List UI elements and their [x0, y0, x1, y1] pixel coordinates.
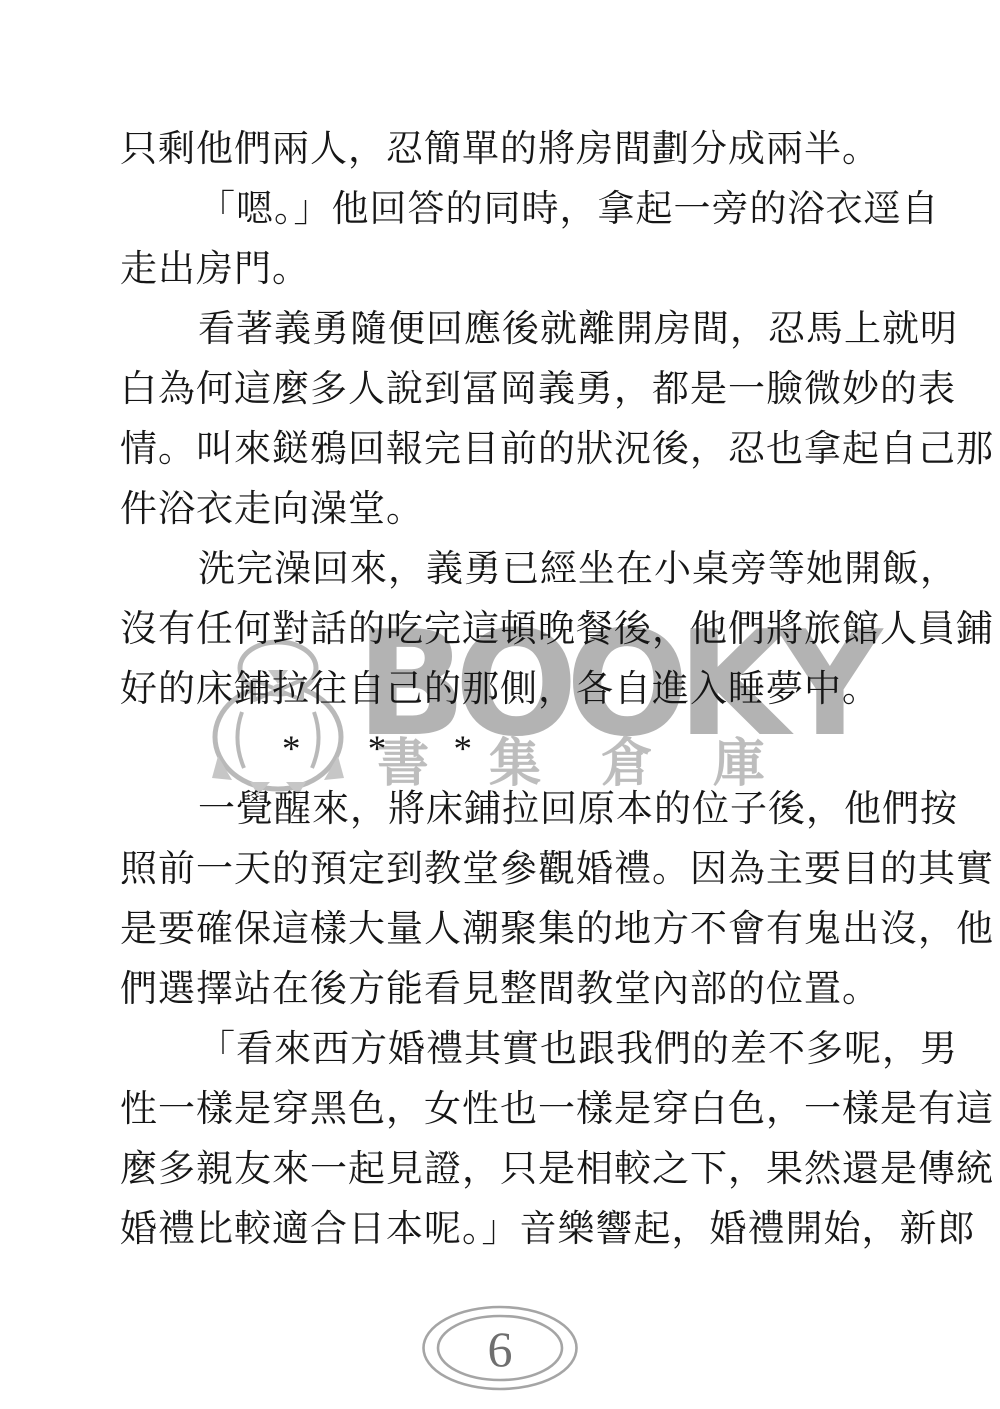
page-number: 6	[488, 1321, 513, 1377]
scene-break-line: * * *	[120, 720, 886, 780]
text-line: 洗完澡回來，義勇已經坐在小桌旁等她開飯，	[120, 540, 886, 600]
text-line: 件浴衣走向澡堂。	[120, 480, 886, 540]
text-line: 好的床鋪拉往自己的那側，各自進入睡夢中。	[120, 660, 886, 720]
text-line: 看著義勇隨便回應後就離開房間，忍馬上就明	[120, 300, 886, 360]
text-line: 麼多親友來一起見證，只是相較之下，果然還是傳統	[120, 1140, 886, 1200]
text-line: 是要確保這樣大量人潮聚集的地方不會有鬼出沒，他	[120, 900, 886, 960]
text-line: 一覺醒來，將床鋪拉回原本的位子後，他們按	[120, 780, 886, 840]
text-line: 性一樣是穿黑色，女性也一樣是穿白色，一樣是有這	[120, 1080, 886, 1140]
text-line: 照前一天的預定到教堂參觀婚禮。因為主要目的其實	[120, 840, 886, 900]
text-block: 只剩他們兩人，忍簡單的將房間劃分成兩半。「嗯。」他回答的同時，拿起一旁的浴衣逕自…	[120, 120, 886, 1260]
text-line: 只剩他們兩人，忍簡單的將房間劃分成兩半。	[120, 120, 886, 180]
text-line: 白為何這麼多人說到冨岡義勇，都是一臉微妙的表	[120, 360, 886, 420]
text-line: 們選擇站在後方能看見整間教堂內部的位置。	[120, 960, 886, 1020]
text-line: 婚禮比較適合日本呢。」音樂響起，婚禮開始，新郎	[120, 1200, 886, 1260]
page-number-ornament: 6	[421, 1305, 579, 1391]
text-line: 走出房門。	[120, 240, 886, 300]
book-page: BOOKY 書集倉庫 只剩他們兩人，忍簡單的將房間劃分成兩半。「嗯。」他回答的同…	[0, 0, 1000, 1409]
text-line: 沒有任何對話的吃完這頓晚餐後，他們將旅館人員鋪	[120, 600, 886, 660]
text-line: 情。叫來鎹鴉回報完目前的狀況後，忍也拿起自己那	[120, 420, 886, 480]
text-line: 「看來西方婚禮其實也跟我們的差不多呢，男	[120, 1020, 886, 1080]
text-line: 「嗯。」他回答的同時，拿起一旁的浴衣逕自	[120, 180, 886, 240]
